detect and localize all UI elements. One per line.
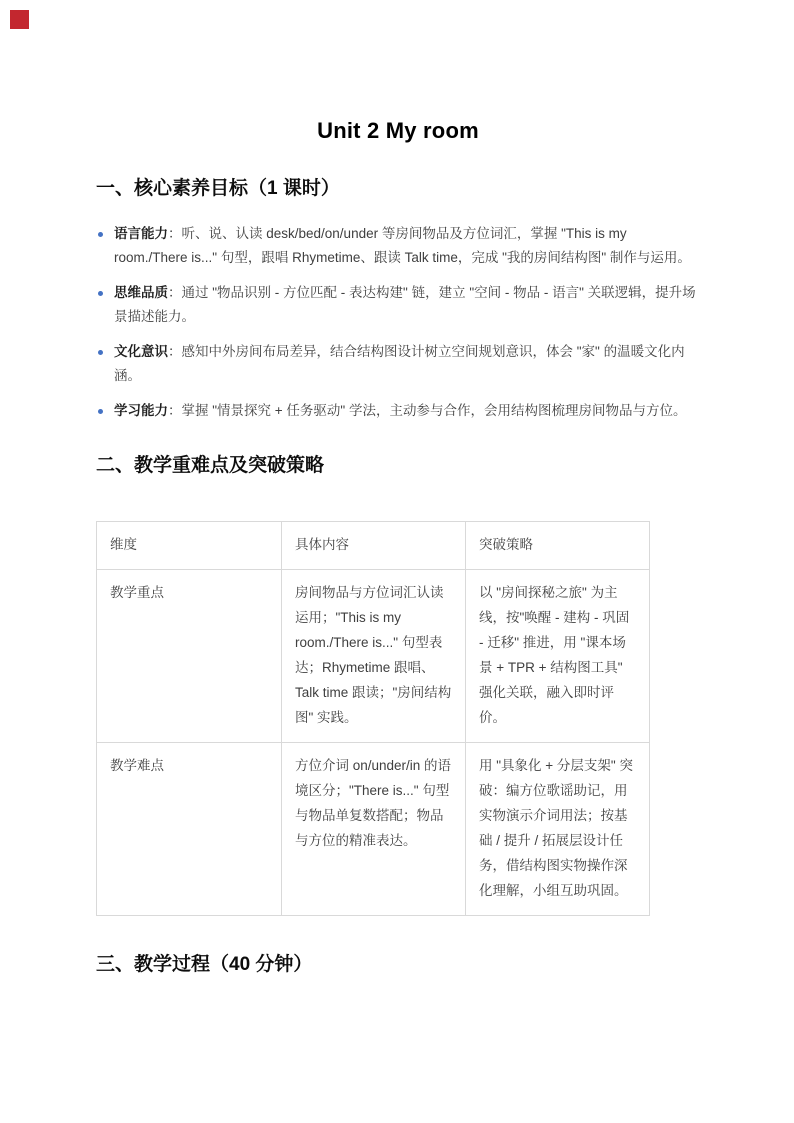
table-row: 教学重点 房间物品与方位词汇认读运用；"This is my room./The… [97,570,650,743]
bullet-dot-icon [98,291,103,296]
cell-strategy: 用 "具象化 + 分层支架" 突破：编方位歌谣助记，用实物演示介词用法；按基础 … [466,743,650,916]
goal-item-text: 语言能力：听、说、认读 desk/bed/on/under 等房间物品及方位词汇… [114,222,700,270]
column-header-strategy: 突破策略 [466,522,650,570]
cell-strategy: 以 "房间探秘之旅" 为主线，按"唤醒 - 建构 - 巩固 - 迁移" 推进，用… [466,570,650,743]
cell-dimension: 教学难点 [97,743,282,916]
goal-label: 文化意识 [114,344,168,359]
goal-item-culture: 文化意识：感知中外房间布局差异，结合结构图设计树立空间规划意识，体会 "家" 的… [96,340,700,388]
goal-item-thinking: 思维品质：通过 "物品识别 - 方位匹配 - 表达构建" 链，建立 "空间 - … [96,281,700,329]
goal-body: ：感知中外房间布局差异，结合结构图设计树立空间规划意识，体会 "家" 的温暖文化… [114,344,685,383]
document-page: Unit 2 My room 一、核心素养目标（1 课时） 语言能力：听、说、认… [0,0,794,1123]
core-goals-list: 语言能力：听、说、认读 desk/bed/on/under 等房间物品及方位词汇… [96,222,700,423]
goal-body: ：掌握 "情景探究 + 任务驱动" 学法，主动参与合作，会用结构图梳理房间物品与… [168,403,686,418]
table-header-row: 维度 具体内容 突破策略 [97,522,650,570]
goal-label: 思维品质 [114,285,168,300]
cell-content: 房间物品与方位词汇认读运用；"This is my room./There is… [282,570,466,743]
document-content: Unit 2 My room 一、核心素养目标（1 课时） 语言能力：听、说、认… [96,0,700,978]
goal-label: 语言能力 [114,226,168,241]
section-heading-key-points: 二、教学重难点及突破策略 [96,453,700,479]
goal-label: 学习能力 [114,403,168,418]
cell-content: 方位介词 on/under/in 的语境区分；"There is..." 句型与… [282,743,466,916]
red-square-marker [10,10,29,29]
bullet-dot-icon [98,409,103,414]
goal-body: ：通过 "物品识别 - 方位匹配 - 表达构建" 链，建立 "空间 - 物品 -… [114,285,696,324]
key-points-table: 维度 具体内容 突破策略 教学重点 房间物品与方位词汇认读运用；"This is… [96,521,650,916]
goal-item-text: 文化意识：感知中外房间布局差异，结合结构图设计树立空间规划意识，体会 "家" 的… [114,340,700,388]
goal-item-learning: 学习能力：掌握 "情景探究 + 任务驱动" 学法，主动参与合作，会用结构图梳理房… [96,399,700,423]
goal-body: ：听、说、认读 desk/bed/on/under 等房间物品及方位词汇，掌握 … [114,226,691,265]
document-title: Unit 2 My room [96,116,700,146]
table-row: 教学难点 方位介词 on/under/in 的语境区分；"There is...… [97,743,650,916]
goal-item-text: 学习能力：掌握 "情景探究 + 任务驱动" 学法，主动参与合作，会用结构图梳理房… [114,399,700,423]
bullet-dot-icon [98,232,103,237]
goal-item-text: 思维品质：通过 "物品识别 - 方位匹配 - 表达构建" 链，建立 "空间 - … [114,281,700,329]
section-heading-process: 三、教学过程（40 分钟） [96,952,700,978]
cell-dimension: 教学重点 [97,570,282,743]
section-heading-core-goals: 一、核心素养目标（1 课时） [96,176,700,202]
bullet-dot-icon [98,350,103,355]
column-header-content: 具体内容 [282,522,466,570]
column-header-dimension: 维度 [97,522,282,570]
goal-item-language: 语言能力：听、说、认读 desk/bed/on/under 等房间物品及方位词汇… [96,222,700,270]
